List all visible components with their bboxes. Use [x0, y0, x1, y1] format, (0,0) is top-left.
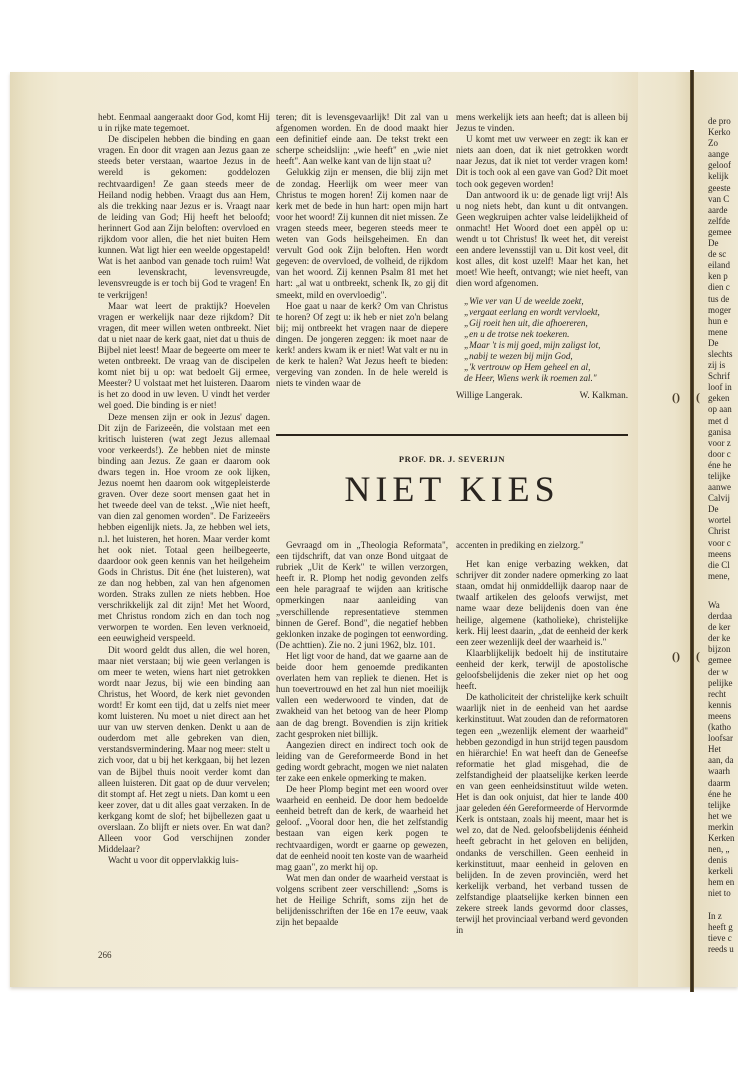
fragment-line: ken p: [708, 271, 733, 282]
fragment-line: aange: [708, 149, 733, 160]
paragraph: Het ligt voor de hand, dat we gaarne aan…: [276, 651, 448, 740]
fragment-line: Het: [708, 744, 735, 755]
fragment-line: De: [708, 338, 733, 349]
fragment-line: bijzon: [708, 644, 735, 655]
fragment-line: meens: [708, 549, 733, 560]
fragment-line: niet to: [708, 888, 735, 899]
fragment-line: [708, 900, 735, 911]
right-page-column-bottom: Waderdaade kerder kebijzongemeeder wpeli…: [708, 600, 735, 955]
fragment-line: pelijke: [708, 678, 735, 689]
fragment-line: Wa: [708, 600, 735, 611]
paragraph: De katholiciteit der christelijke kerk s…: [456, 692, 628, 936]
fragment-line: kerkeli: [708, 866, 735, 877]
fragment-line: kelijk: [708, 171, 733, 182]
fragment-line: aarde: [708, 205, 733, 216]
fragment-line: De: [708, 238, 733, 249]
binding-ring-icon: (: [696, 390, 700, 405]
poem-line: „Wie ver van U de weelde zoekt,: [464, 296, 628, 307]
fragment-line: daarm: [708, 778, 735, 789]
fragment-line: nen, „: [708, 844, 735, 855]
open-book: hebt. Eenmaal aangeraakt door God, komt …: [10, 72, 738, 987]
fragment-line: ganisa: [708, 427, 733, 438]
signature-place: Willige Langerak.: [456, 390, 522, 401]
paragraph: De heer Plomp begint met een woord over …: [276, 784, 448, 873]
fragment-line: meens: [708, 711, 735, 722]
paragraph: Het kan enige verbazing wekken, dat schr…: [456, 559, 628, 648]
paragraph: Maar wat leert de praktijk? Hoevelen vra…: [98, 301, 270, 412]
fragment-line: met d: [708, 416, 733, 427]
poem-line: de Heer, Wiens werk ik roemen zal.": [464, 373, 628, 384]
article-title: NIET KIES: [276, 468, 628, 510]
fragment-line: aan, da: [708, 755, 735, 766]
fragment-line: heeft g: [708, 922, 735, 933]
fragment-line: denis: [708, 855, 735, 866]
fragment-line: geloof: [708, 160, 733, 171]
paragraph: U komt met uw verweer en zegt: ik kan er…: [456, 134, 628, 189]
fragment-line: (katho: [708, 722, 735, 733]
fragment-line: zij is: [708, 360, 733, 371]
fragment-line: Christ: [708, 526, 733, 537]
column-2: teren; dit is levensgevaarlijk! Dit zal …: [276, 112, 448, 389]
fragment-line: éne he: [708, 789, 735, 800]
fragment-line: de ker: [708, 622, 735, 633]
fragment-line: telijke: [708, 471, 733, 482]
paragraph: Gelukkig zijn er mensen, die blij zijn m…: [276, 167, 448, 300]
fragment-line: geeste: [708, 183, 733, 194]
paragraph: Dan antwoord ik u: de genade ligt vrij! …: [456, 190, 628, 290]
fragment-line: het we: [708, 811, 735, 822]
right-page-column-top: de proKerkoZoaangegeloofkelijkgeestevan …: [708, 116, 733, 582]
poem-quote: „Wie ver van U de weelde zoekt, „vergaat…: [464, 296, 628, 385]
fragment-line: wortel: [708, 515, 733, 526]
fragment-line: Zo: [708, 138, 733, 149]
column-1: hebt. Eenmaal aangeraakt door God, komt …: [98, 112, 270, 866]
fragment-line: loofsar: [708, 733, 735, 744]
page-number: 266: [98, 950, 112, 960]
fragment-line: voor c: [708, 538, 733, 549]
paragraph: Wacht u voor dit oppervlakkig luis-: [98, 855, 270, 866]
column-3: mens werkelijk iets aan heeft; dat is al…: [456, 112, 628, 401]
fragment-line: Calvij: [708, 493, 733, 504]
fragment-line: De: [708, 504, 733, 515]
page-gutter: () (): [638, 72, 690, 987]
paragraph: teren; dit is levensgevaarlijk! Dit zal …: [276, 112, 448, 167]
binding-ring-icon: (: [696, 649, 700, 664]
paragraph: accenten in prediking en zielzorg.": [456, 540, 628, 551]
fragment-line: de pro: [708, 116, 733, 127]
fragment-line: reeds u: [708, 944, 735, 955]
paragraph: hebt. Eenmaal aangeraakt door God, komt …: [98, 112, 270, 134]
fragment-line: Kerko: [708, 127, 733, 138]
fragment-line: waarh: [708, 766, 735, 777]
fragment-line: hem en: [708, 877, 735, 888]
fragment-line: mene,: [708, 571, 733, 582]
fragment-line: aanwe: [708, 482, 733, 493]
fragment-line: van C: [708, 194, 733, 205]
fragment-line: hun e: [708, 316, 733, 327]
fragment-line: voor z: [708, 438, 733, 449]
fragment-line: die Cl: [708, 560, 733, 571]
poem-line: „Maar 't is mij goed, mijn zaligst lot,: [464, 340, 628, 351]
article-author: PROF. DR. J. SEVERIJN: [276, 454, 628, 464]
fragment-line: tus de: [708, 294, 733, 305]
fragment-line: éne he: [708, 460, 733, 471]
fragment-line: door c: [708, 449, 733, 460]
binding-ring-icon: (): [672, 649, 680, 664]
poem-line: „vergaat eerlang en wordt vervloekt,: [464, 307, 628, 318]
fragment-line: gemee: [708, 227, 733, 238]
paragraph: Wat men dan onder de waarheid verstaat i…: [276, 873, 448, 928]
right-page-fragment: ( ( de proKerkoZoaangegeloofkelijkgeeste…: [694, 72, 738, 987]
fragment-line: derdaa: [708, 611, 735, 622]
fragment-line: recht: [708, 689, 735, 700]
article-column-1: Gevraagd om in „Theologia Reformata", ee…: [276, 540, 448, 928]
fragment-line: Kerken: [708, 833, 735, 844]
section-divider: [276, 434, 628, 436]
paragraph: Hoe gaat u naar de kerk? Om van Christus…: [276, 301, 448, 390]
fragment-line: op aan: [708, 404, 733, 415]
article-column-2: accenten in prediking en zielzorg." Het …: [456, 540, 628, 936]
fragment-line: telijke: [708, 800, 735, 811]
poem-line: „nabij te wezen bij mijn God,: [464, 351, 628, 362]
fragment-line: tieve c: [708, 933, 735, 944]
fragment-line: dien c: [708, 282, 733, 293]
fragment-line: gemee: [708, 655, 735, 666]
paragraph: Deze mensen zijn er ook in Jezus' dagen.…: [98, 412, 270, 645]
fragment-line: geken: [708, 393, 733, 404]
poem-line: „'k vertrouw op Hem geheel en al,: [464, 362, 628, 373]
paragraph: Gevraagd om in „Theologia Reformata", ee…: [276, 540, 448, 651]
signature: Willige Langerak. W. Kalkman.: [456, 390, 628, 401]
fragment-line: eiland: [708, 260, 733, 271]
fragment-line: de sc: [708, 249, 733, 260]
fragment-line: zelfde: [708, 216, 733, 227]
fragment-line: In z: [708, 911, 735, 922]
paragraph: De discipelen hebben die binding en gaan…: [98, 134, 270, 300]
fragment-line: kennis: [708, 700, 735, 711]
fragment-line: slechts: [708, 349, 733, 360]
left-page: hebt. Eenmaal aangeraakt door God, komt …: [10, 72, 639, 987]
fragment-line: Schrif: [708, 371, 733, 382]
fragment-line: loof in: [708, 382, 733, 393]
fragment-line: der w: [708, 667, 735, 678]
signature-name: W. Kalkman.: [580, 390, 628, 401]
paragraph: Dit woord geldt dus allen, die wel horen…: [98, 645, 270, 856]
poem-line: „Gij roeit hen uit, die afhoereren,: [464, 318, 628, 329]
paragraph: Aangezien direct en indirect toch ook de…: [276, 740, 448, 784]
paragraph: mens werkelijk iets aan heeft; dat is al…: [456, 112, 628, 134]
paragraph: Klaarblijkelijk bedoelt hij de instituta…: [456, 648, 628, 692]
fragment-line: der ke: [708, 633, 735, 644]
fragment-line: moger: [708, 305, 733, 316]
fragment-line: mene: [708, 327, 733, 338]
binding-ring-icon: (): [672, 390, 680, 405]
poem-line: „en u de trotse nek toekeren.: [464, 329, 628, 340]
fragment-line: merkin: [708, 822, 735, 833]
